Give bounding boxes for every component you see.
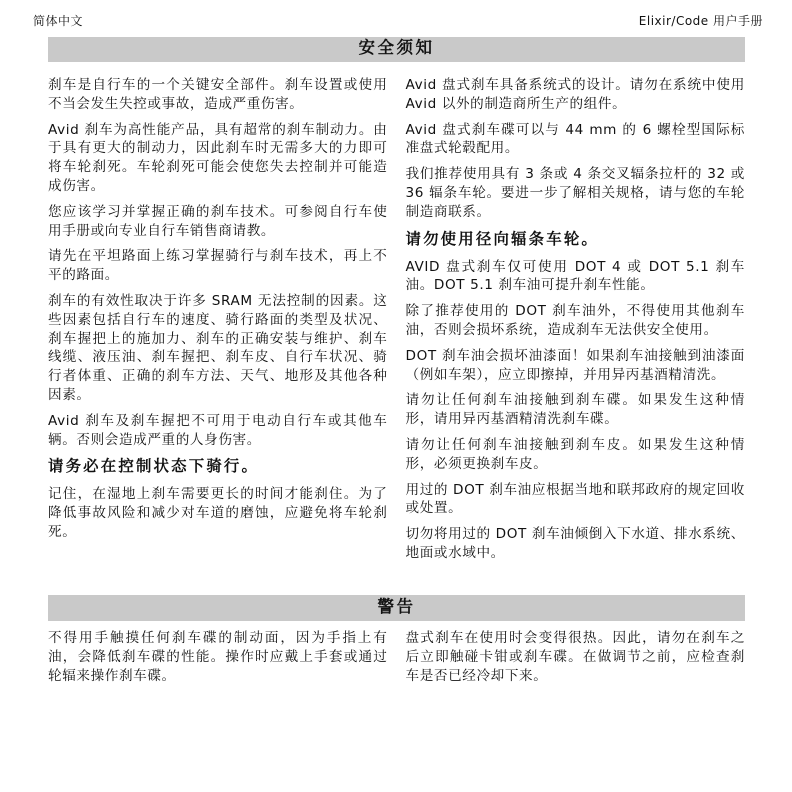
paragraph: 请勿让任何刹车油接触到刹车碟。如果发生这种情形，请用异丙基酒精清洗刹车碟。: [406, 391, 746, 429]
paragraph: 刹车的有效性取决于许多 SRAM 无法控制的因素。这些因素包括自行车的速度、骑行…: [48, 292, 388, 405]
warning-section-banner: 警告: [48, 595, 745, 621]
warning-left-column: 不得用手触摸任何刹车碟的制动面，因为手指上有油，会降低刹车碟的性能。操作时应戴上…: [48, 629, 388, 692]
safety-left-column: 刹车是自行车的一个关键安全部件。刹车设置或使用不当会发生失控或事故，造成严重伤害…: [48, 76, 388, 549]
warning-right-column: 盘式刹车在使用时会变得很热。因此，请勿在刹车之后立即触碰卡钳或刹车碟。在做调节之…: [406, 629, 746, 692]
section-heading: 请务必在控制状态下骑行。: [48, 456, 388, 477]
paragraph: 用过的 DOT 刹车油应根据当地和联邦政府的规定回收或处置。: [406, 481, 746, 519]
paragraph: AVID 盘式刹车仅可使用 DOT 4 或 DOT 5.1 刹车油。DOT 5.…: [406, 258, 746, 296]
page-header: 简体中文 Elixir/Code 用户手册: [33, 12, 763, 29]
paragraph: 记住，在湿地上刹车需要更长的时间才能刹住。为了降低事故风险和减少对车道的磨蚀，应…: [48, 485, 388, 541]
paragraph: Avid 刹车及刹车握把不可用于电动自行车或其他车辆。否则会造成严重的人身伤害。: [48, 412, 388, 450]
paragraph: 切勿将用过的 DOT 刹车油倾倒入下水道、排水系统、地面或水域中。: [406, 525, 746, 563]
paragraph: 请勿让任何刹车油接触到刹车皮。如果发生这种情形，必须更换刹车皮。: [406, 436, 746, 474]
safety-section-banner: 安全须知: [48, 37, 745, 62]
paragraph: 刹车是自行车的一个关键安全部件。刹车设置或使用不当会发生失控或事故，造成严重伤害…: [48, 76, 388, 114]
paragraph: 盘式刹车在使用时会变得很热。因此，请勿在刹车之后立即触碰卡钳或刹车碟。在做调节之…: [406, 629, 746, 685]
warning-columns: 不得用手触摸任何刹车碟的制动面，因为手指上有油，会降低刹车碟的性能。操作时应戴上…: [48, 629, 745, 692]
safety-right-column: Avid 盘式刹车具备系统式的设计。请勿在系统中使用 Avid 以外的制造商所生…: [406, 76, 746, 570]
paragraph: Avid 刹车为高性能产品，具有超常的刹车制动力。由于具有更大的制动力，因此刹车…: [48, 121, 388, 196]
manual-page: 简体中文 Elixir/Code 用户手册 安全须知 刹车是自行车的一个关键安全…: [0, 0, 792, 792]
paragraph: 您应该学习并掌握正确的刹车技术。可参阅自行车使用手册或向专业自行车销售商请教。: [48, 203, 388, 241]
header-document-title: Elixir/Code 用户手册: [639, 12, 763, 29]
paragraph: 除了推荐使用的 DOT 刹车油外，不得使用其他刹车油，否则会损坏系统，造成刹车无…: [406, 302, 746, 340]
header-language-label: 简体中文: [33, 12, 83, 29]
paragraph: Avid 盘式刹车具备系统式的设计。请勿在系统中使用 Avid 以外的制造商所生…: [406, 76, 746, 114]
safety-section-title: 安全须知: [359, 40, 435, 57]
paragraph: DOT 刹车油会损坏油漆面！如果刹车油接触到油漆面（例如车架），应立即擦掉，并用…: [406, 347, 746, 385]
paragraph: 请先在平坦路面上练习掌握骑行与刹车技术，再上不平的路面。: [48, 247, 388, 285]
safety-columns: 刹车是自行车的一个关键安全部件。刹车设置或使用不当会发生失控或事故，造成严重伤害…: [48, 76, 745, 595]
paragraph: Avid 盘式刹车碟可以与 44 mm 的 6 螺栓型国际标准盘式轮毂配用。: [406, 121, 746, 159]
paragraph: 我们推荐使用具有 3 条或 4 条交叉辐条拉杆的 32 或 36 辐条车轮。要进…: [406, 165, 746, 221]
section-heading: 请勿使用径向辐条车轮。: [406, 229, 746, 250]
warning-section-title: 警告: [378, 599, 416, 616]
paragraph: 不得用手触摸任何刹车碟的制动面，因为手指上有油，会降低刹车碟的性能。操作时应戴上…: [48, 629, 388, 685]
